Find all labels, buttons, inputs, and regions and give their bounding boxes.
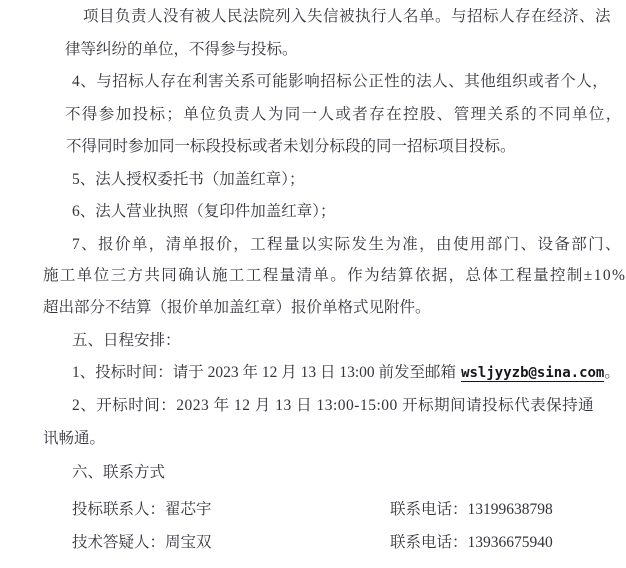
schedule-section-heading: 五、日程安排： [72, 333, 181, 349]
phone-number: 13199638798 [468, 501, 553, 518]
contact-section-heading: 六、联系方式 [72, 465, 165, 481]
document-page: 项目负责人没有被人民法院列入失信被执行人名单。与招标人存在经济、法 律等纠纷的单… [0, 0, 626, 568]
bid-deadline-text: 1、投标时间：请于 2023 年 12 月 13 日 13:00 前发至邮箱 [72, 364, 456, 381]
phone-number: 13936675940 [468, 534, 553, 551]
contact-name: 翟芯宇 [165, 501, 212, 518]
phone-label: 联系电话： [390, 534, 468, 551]
clause-6-license: 6、法人营业执照（复印件加盖红章）； [72, 204, 336, 220]
contact-role-label: 投标联系人： [72, 501, 165, 518]
contact-row-technical: 技术答疑人：周宝双 联系电话：13936675940 [72, 535, 572, 551]
contact-name: 周宝双 [165, 534, 212, 551]
clause-7-line3: 超出部分不结算（报价单加盖红章）报价单格式见附件。 [43, 300, 431, 316]
phone-label: 联系电话： [390, 501, 468, 518]
clause-4-line3: 不得同时参加同一标段投标或者未划分标段的同一招标项目投标。 [66, 139, 516, 155]
clause-7-line2: 施工单位三方共同确认施工工程量清单。作为结算依据，总体工程量控制±10%， [43, 268, 626, 284]
clause-5-authorization: 5、法人授权委托书（加盖红章）； [72, 172, 305, 188]
email-link[interactable]: wsljyyzb@sina.com [461, 365, 604, 382]
clause-dispute-line: 律等纠纷的单位，不得参与投标。 [65, 42, 298, 58]
clause-4-line1: 4、与招标人存在利害关系可能影响招标公正性的法人、其他组织或者个人， [72, 74, 608, 90]
clause-7-line1: 7、报价单，清单报价，工程量以实际发生为准，由使用部门、设备部门、 [72, 237, 622, 253]
bid-deadline-period: 。 [604, 364, 620, 381]
bid-deadline-line: 1、投标时间：请于 2023 年 12 月 13 日 13:00 前发至邮箱ws… [72, 365, 620, 381]
contact-role-label: 技术答疑人： [72, 534, 165, 551]
clause-credit-blacklist-line: 项目负责人没有被人民法院列入失信被执行人名单。与招标人存在经济、法 [83, 9, 611, 25]
contact-row-bid: 投标联系人：翟芯宇 联系电话：13199638798 [72, 502, 572, 518]
clause-4-line2: 不得参加投标；单位负责人为同一人或者存在控股、管理关系的不同单位， [65, 107, 623, 123]
open-time-line2: 讯畅通。 [43, 431, 105, 447]
open-time-line1: 2、开标时间：2023 年 12 月 13 日 13:00-15:00 开标期间… [72, 398, 594, 414]
